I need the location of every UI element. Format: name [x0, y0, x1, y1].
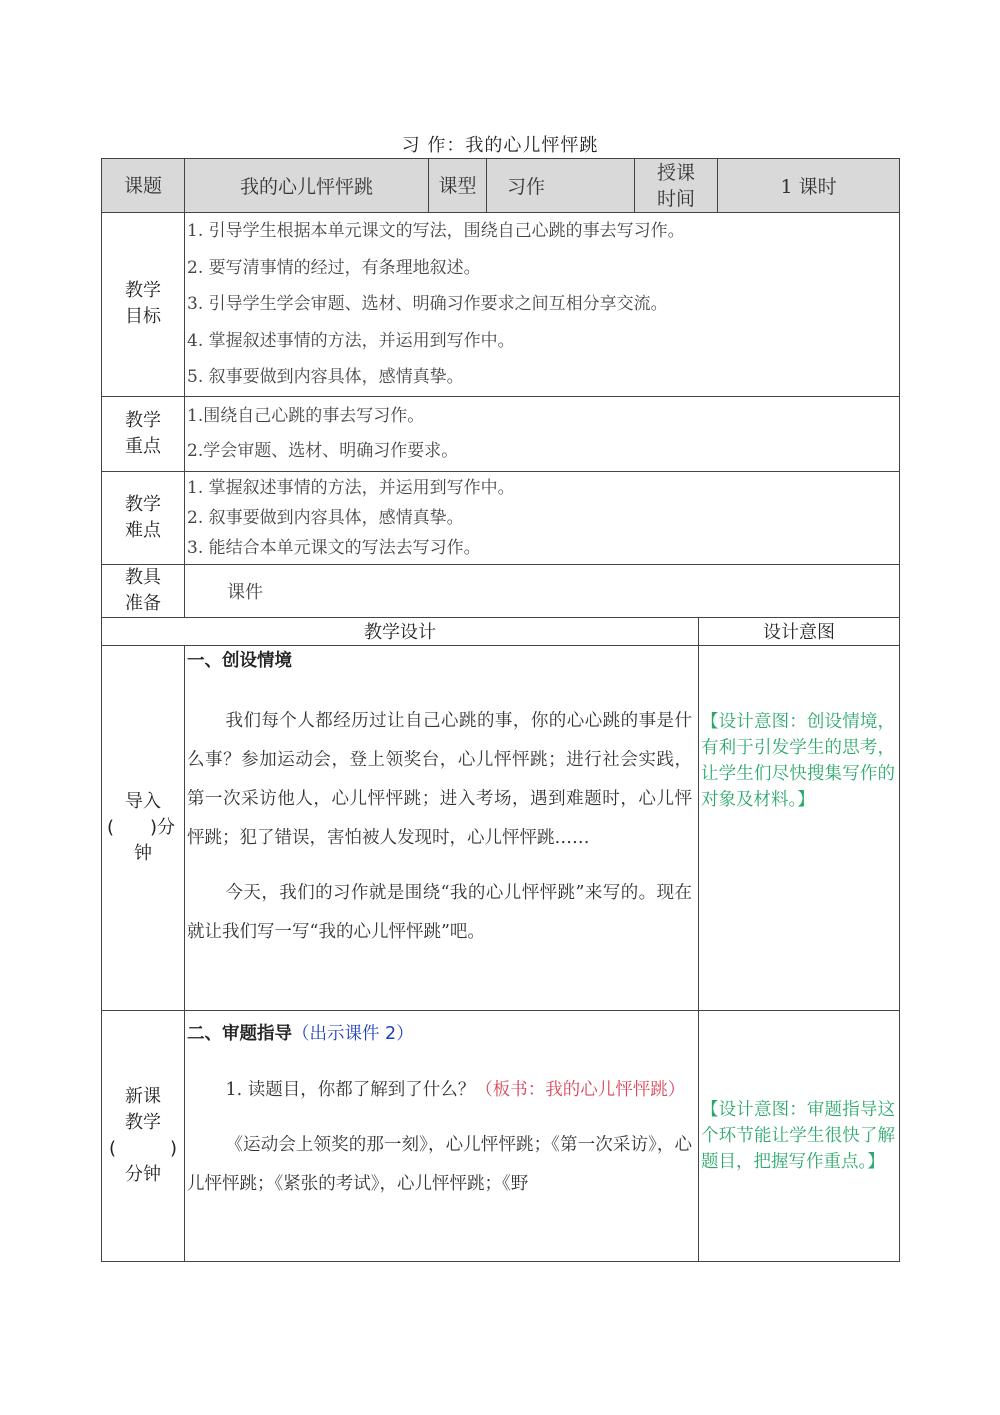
difficulty-item: 1. 掌握叙述事情的方法，并运用到写作中。	[187, 473, 899, 503]
materials-label: 教具 准备	[102, 564, 185, 617]
objectives-row: 教学 目标 1. 引导学生根据本单元课文的写法，围绕自己心跳的事去写习作。 2.…	[102, 213, 900, 397]
key-points-label-line1: 教学	[102, 408, 184, 434]
new-lesson-label-line2: 教学	[102, 1110, 184, 1136]
blackboard-note: （板书：我的心儿怦怦跳）	[475, 1080, 685, 1100]
difficulty-item: 2. 叙事要做到内容具体，感情真挚。	[187, 503, 899, 533]
objective-item: 2. 要写清事情的经过，有条理地叙述。	[187, 250, 899, 287]
intro-label: 导入 ( )分 钟	[102, 645, 185, 1010]
materials-row: 教具 准备 课件	[102, 564, 900, 617]
design-intent-header: 设计意图	[699, 617, 900, 645]
materials-value: 课件	[185, 564, 900, 617]
materials-label-line2: 准备	[102, 591, 184, 617]
objectives-label-line2: 目标	[102, 304, 184, 330]
intro-label-line3: 钟	[102, 841, 184, 867]
new-lesson-paragraph: 《运动会上领奖的那一刻》，心儿怦怦跳；《第一次采访》，心儿怦怦跳；《紧张的考试》…	[187, 1126, 692, 1204]
difficulty-item: 3. 能结合本单元课文的写法去写习作。	[187, 533, 899, 563]
key-points-label-line2: 重点	[102, 434, 184, 460]
difficulties-label-line2: 难点	[102, 518, 184, 544]
difficulties-label: 教学 难点	[102, 471, 185, 564]
materials-label-line1: 教具	[102, 565, 184, 591]
new-lesson-heading: 二、审题指导（出示课件 2）	[187, 1021, 692, 1047]
key-points-list: 1.围绕自己心跳的事去写习作。 2.学会审题、选材、明确习作要求。	[185, 396, 900, 471]
intro-label-line2: ( )分	[98, 815, 184, 841]
type-label: 课型	[429, 159, 487, 213]
objective-item: 4. 掌握叙述事情的方法，并运用到写作中。	[187, 323, 899, 360]
objectives-label-line1: 教学	[102, 278, 184, 304]
type-value: 习作	[487, 159, 635, 213]
intro-intent-cell: 【设计意图：创设情境，有利于引发学生的思考，让学生们尽快搜集写作的对象及材料。】	[699, 645, 900, 1010]
new-lesson-label: 新课 教学 ( ) 分钟	[102, 1010, 185, 1261]
new-lesson-row: 新课 教学 ( ) 分钟 二、审题指导（出示课件 2） 1. 读题目，你都了解到…	[102, 1010, 900, 1261]
objectives-list: 1. 引导学生根据本单元课文的写法，围绕自己心跳的事去写习作。 2. 要写清事情…	[185, 213, 900, 397]
topic-label: 课题	[102, 159, 185, 213]
objective-item: 5. 叙事要做到内容具体，感情真挚。	[187, 359, 899, 396]
new-lesson-label-line4: 分钟	[102, 1162, 184, 1188]
new-lesson-content: 二、审题指导（出示课件 2） 1. 读题目，你都了解到了什么？（板书：我的心儿怦…	[185, 1010, 699, 1261]
intro-label-line1: 导入	[102, 789, 184, 815]
new-lesson-question: 1. 读题目，你都了解到了什么？（板书：我的心儿怦怦跳）	[187, 1071, 692, 1110]
difficulties-label-line1: 教学	[102, 492, 184, 518]
intro-heading: 一、创设情境	[187, 648, 692, 674]
intro-paragraph-1: 我们每个人都经历过让自己心跳的事，你的心心跳的事是什么事？参加运动会，登上领奖台…	[187, 702, 692, 858]
key-point-item: 1.围绕自己心跳的事去写习作。	[187, 399, 899, 434]
difficulties-list: 1. 掌握叙述事情的方法，并运用到写作中。 2. 叙事要做到内容具体，感情真挚。…	[185, 471, 900, 564]
time-value: 1 课时	[718, 159, 900, 213]
intro-content: 一、创设情境 我们每个人都经历过让自己心跳的事，你的心心跳的事是什么事？参加运动…	[185, 645, 699, 1010]
new-lesson-design-intent: 【设计意图：审题指导这个环节能让学生很快了解题目，把握写作重点。】	[701, 1097, 897, 1175]
time-label-line1: 授课	[635, 160, 717, 186]
lesson-plan-table: 课题 我的心儿怦怦跳 课型 习作 授课 时间 1 课时 教学 目标 1. 引导学…	[101, 158, 900, 1262]
new-lesson-heading-text: 二、审题指导	[187, 1024, 292, 1044]
key-points-row: 教学 重点 1.围绕自己心跳的事去写习作。 2.学会审题、选材、明确习作要求。	[102, 396, 900, 471]
key-points-label: 教学 重点	[102, 396, 185, 471]
new-lesson-label-line3: ( )	[102, 1136, 184, 1162]
courseware-note: （出示课件 2）	[292, 1024, 414, 1044]
question-text: 1. 读题目，你都了解到了什么？	[226, 1080, 476, 1100]
time-label: 授课 时间	[635, 159, 718, 213]
header-row: 课题 我的心儿怦怦跳 课型 习作 授课 时间 1 课时	[102, 159, 900, 213]
teaching-design-header: 教学设计	[102, 617, 699, 645]
new-lesson-label-line1: 新课	[102, 1084, 184, 1110]
document-title: 习 作：我的心儿怦怦跳	[0, 131, 1000, 157]
objective-item: 3. 引导学生学会审题、选材、明确习作要求之间互相分享交流。	[187, 286, 899, 323]
intro-design-intent: 【设计意图：创设情境，有利于引发学生的思考，让学生们尽快搜集写作的对象及材料。】	[701, 709, 897, 813]
objectives-label: 教学 目标	[102, 213, 185, 397]
intro-paragraph-2: 今天，我们的习作就是围绕“我的心儿怦怦跳”来写的。现在就让我们写一写“我的心儿怦…	[187, 874, 692, 952]
new-lesson-intent-cell: 【设计意图：审题指导这个环节能让学生很快了解题目，把握写作重点。】	[699, 1010, 900, 1261]
time-label-line2: 时间	[635, 186, 717, 212]
design-header-row: 教学设计 设计意图	[102, 617, 900, 645]
key-point-item: 2.学会审题、选材、明确习作要求。	[187, 434, 899, 469]
intro-row: 导入 ( )分 钟 一、创设情境 我们每个人都经历过让自己心跳的事，你的心心跳的…	[102, 645, 900, 1010]
difficulties-row: 教学 难点 1. 掌握叙述事情的方法，并运用到写作中。 2. 叙事要做到内容具体…	[102, 471, 900, 564]
topic-value: 我的心儿怦怦跳	[185, 159, 429, 213]
objective-item: 1. 引导学生根据本单元课文的写法，围绕自己心跳的事去写习作。	[187, 213, 899, 250]
